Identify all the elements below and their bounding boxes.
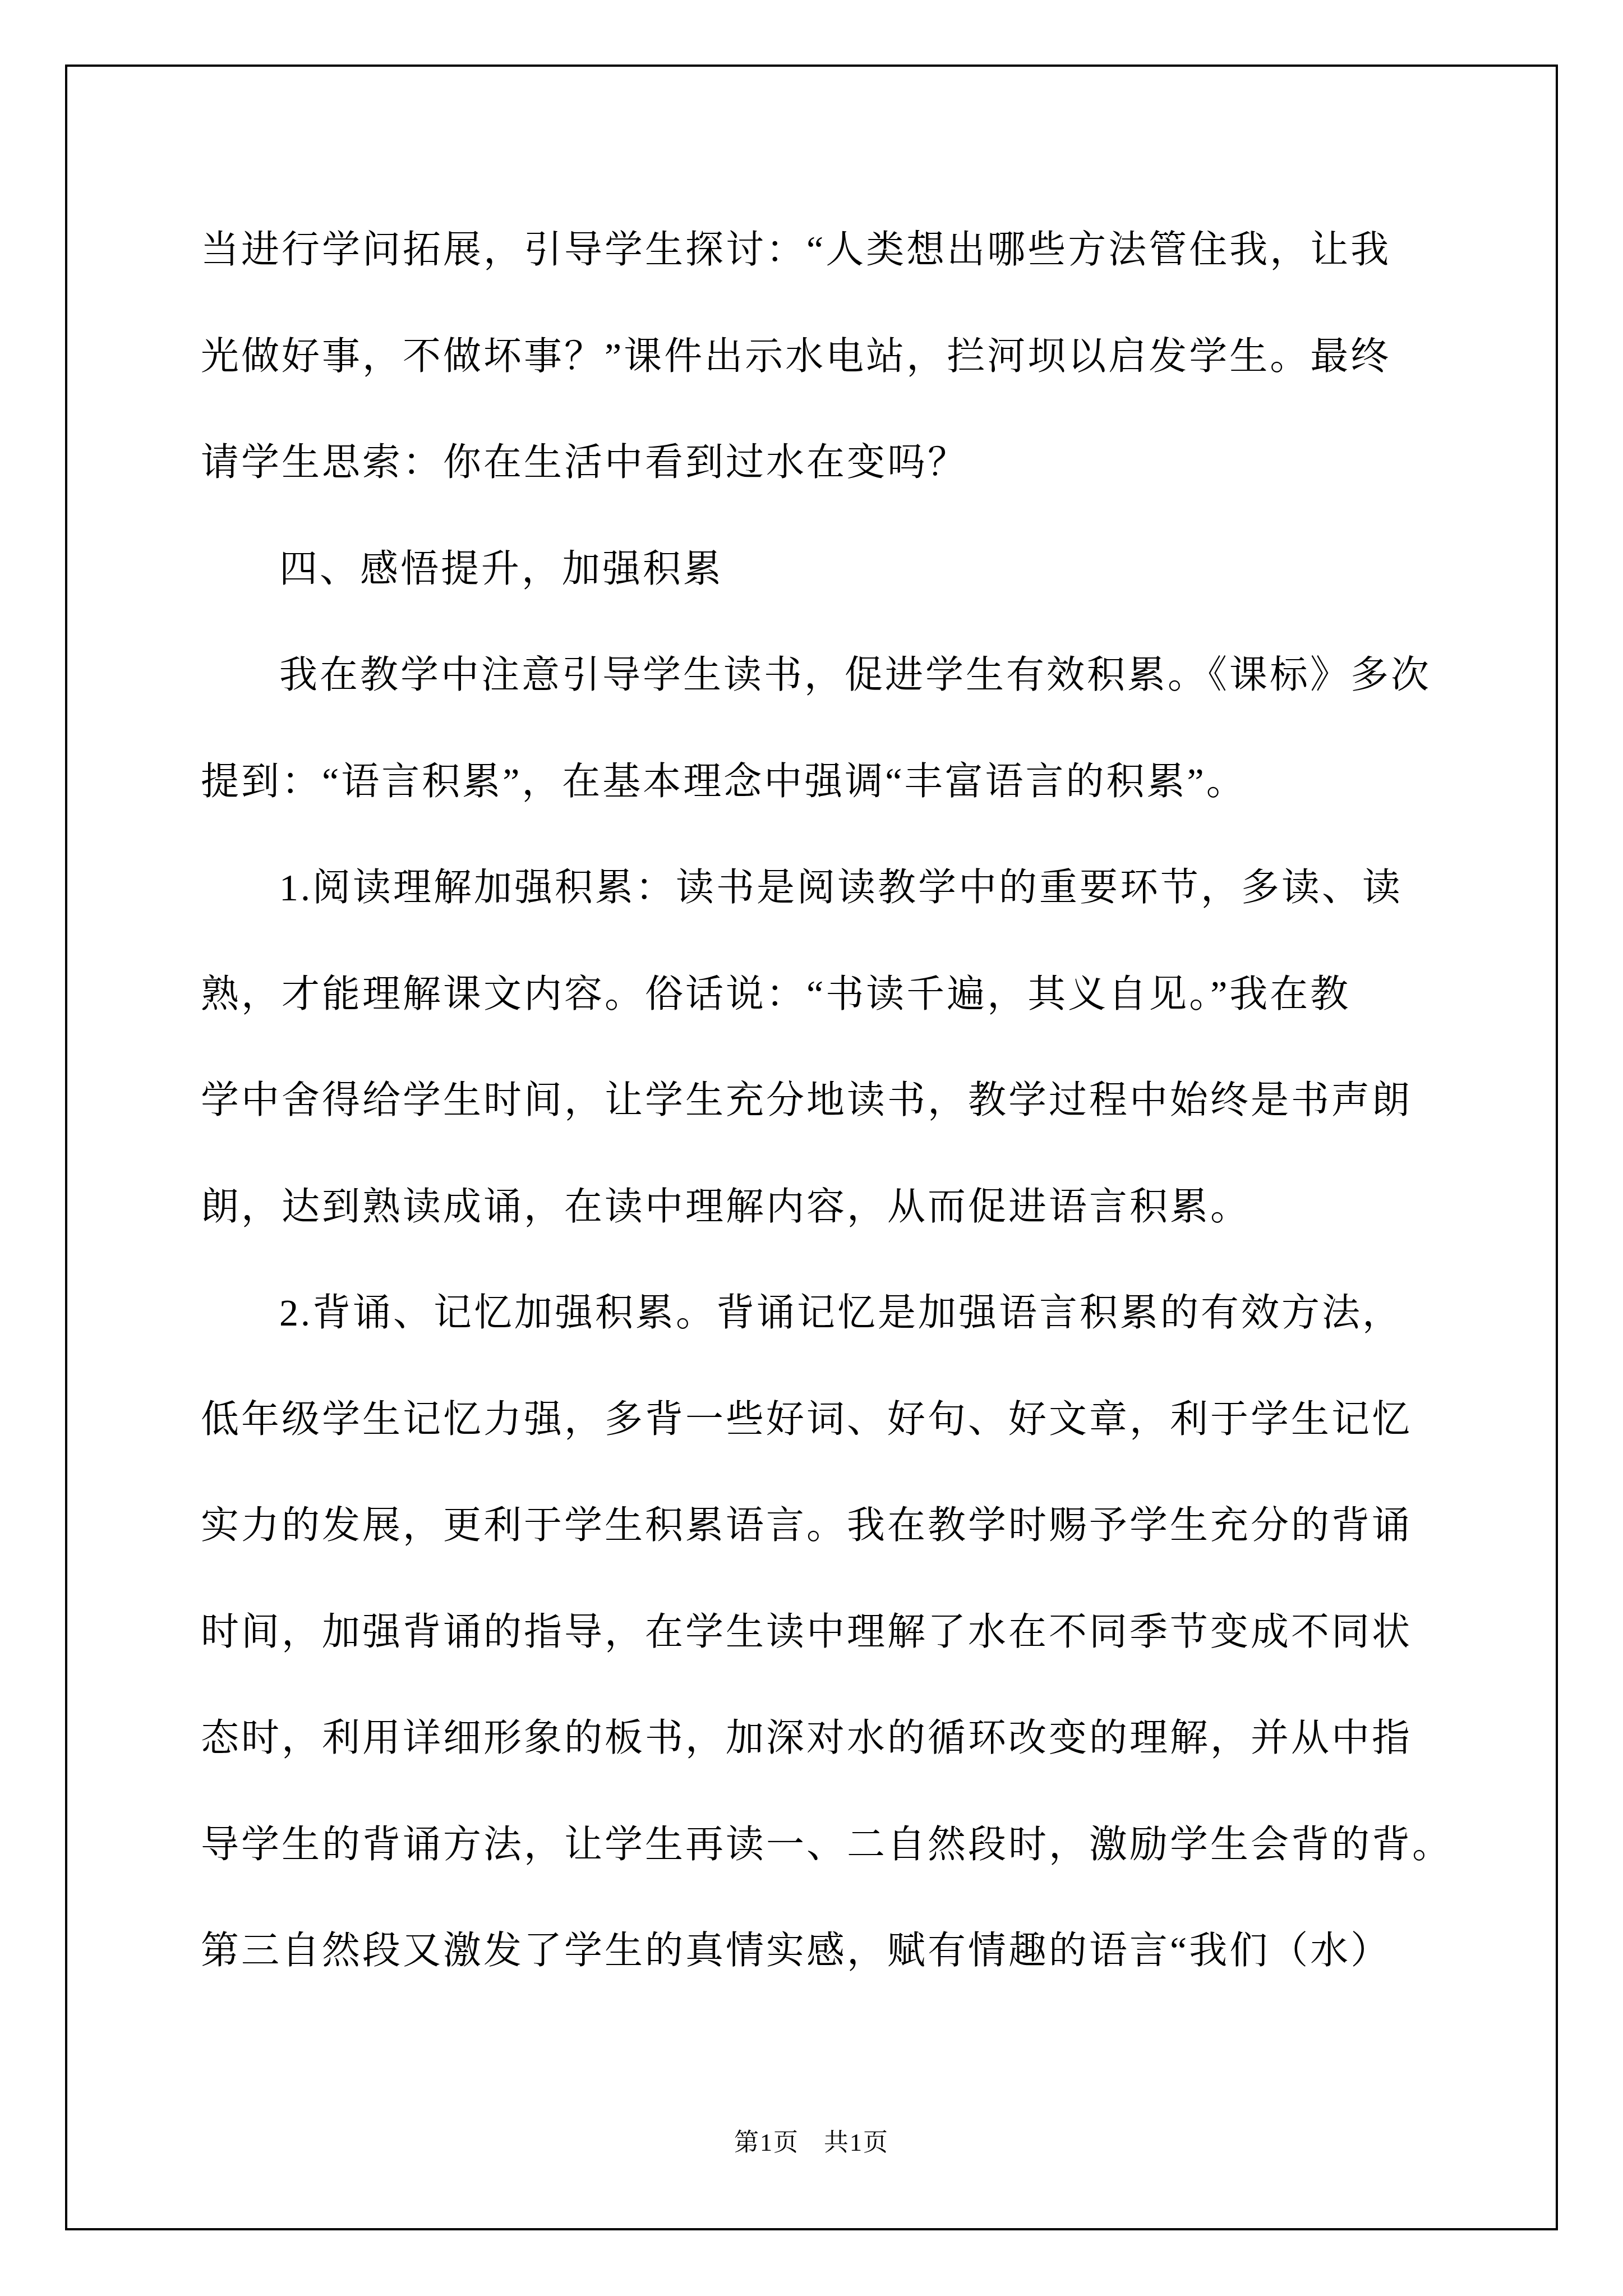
text-line-10: 朗，达到熟读成诵，在读中理解内容，从而促进语言积累。 [201,1154,1424,1260]
text-line-3: 请学生思索：你在生活中看到过水在变吗？ [201,409,1424,516]
footer-page-label: 第1页 [734,2129,799,2156]
text-line-6: 提到：“语言积累”，在基本理念中强调“丰富语言的积累”。 [201,729,1424,835]
text-line-11: 2.背诵、记忆加强积累。背诵记忆是加强语言积累的有效方法， [201,1260,1424,1366]
text-line-9: 学中舍得给学生时间，让学生充分地读书，教学过程中始终是书声朗 [201,1047,1424,1154]
text-line-7: 1.阅读理解加强积累：读书是阅读教学中的重要环节，多读、读 [201,835,1424,941]
text-line-17: 第三自然段又激发了学生的真情实感，赋有情趣的语言“我们（水） [201,1898,1424,2004]
text-line-16: 导学生的背诵方法，让学生再读一、二自然段时，激励学生会背的背。 [201,1792,1424,1898]
page-footer: 第1页共1页 [0,2127,1623,2159]
document-body: 当进行学问拓展，引导学生探讨：“人类想出哪些方法管住我，让我 光做好事，不做坏事… [201,197,1424,2004]
text-line-14: 时间，加强背诵的指导，在学生读中理解了水在不同季节变成不同状 [201,1579,1424,1686]
footer-total-label: 共1页 [824,2129,889,2156]
text-line-13: 实力的发展，更利于学生积累语言。我在教学时赐予学生充分的背诵 [201,1473,1424,1579]
text-line-12: 低年级学生记忆力强，多背一些好词、好句、好文章，利于学生记忆 [201,1366,1424,1473]
text-line-4: 四、感悟提升，加强积累 [201,516,1424,623]
text-line-1: 当进行学问拓展，引导学生探讨：“人类想出哪些方法管住我，让我 [201,197,1424,303]
text-line-15: 态时，利用详细形象的板书，加深对水的循环改变的理解，并从中指 [201,1685,1424,1792]
text-line-5: 我在教学中注意引导学生读书，促进学生有效积累。《课标》多次 [201,622,1424,729]
document-page: 当进行学问拓展，引导学生探讨：“人类想出哪些方法管住我，让我 光做好事，不做坏事… [0,0,1623,2296]
text-line-2: 光做好事，不做坏事？”课件出示水电站，拦河坝以启发学生。最终 [201,303,1424,410]
text-line-8: 熟，才能理解课文内容。俗话说：“书读千遍，其义自见。”我在教 [201,941,1424,1048]
